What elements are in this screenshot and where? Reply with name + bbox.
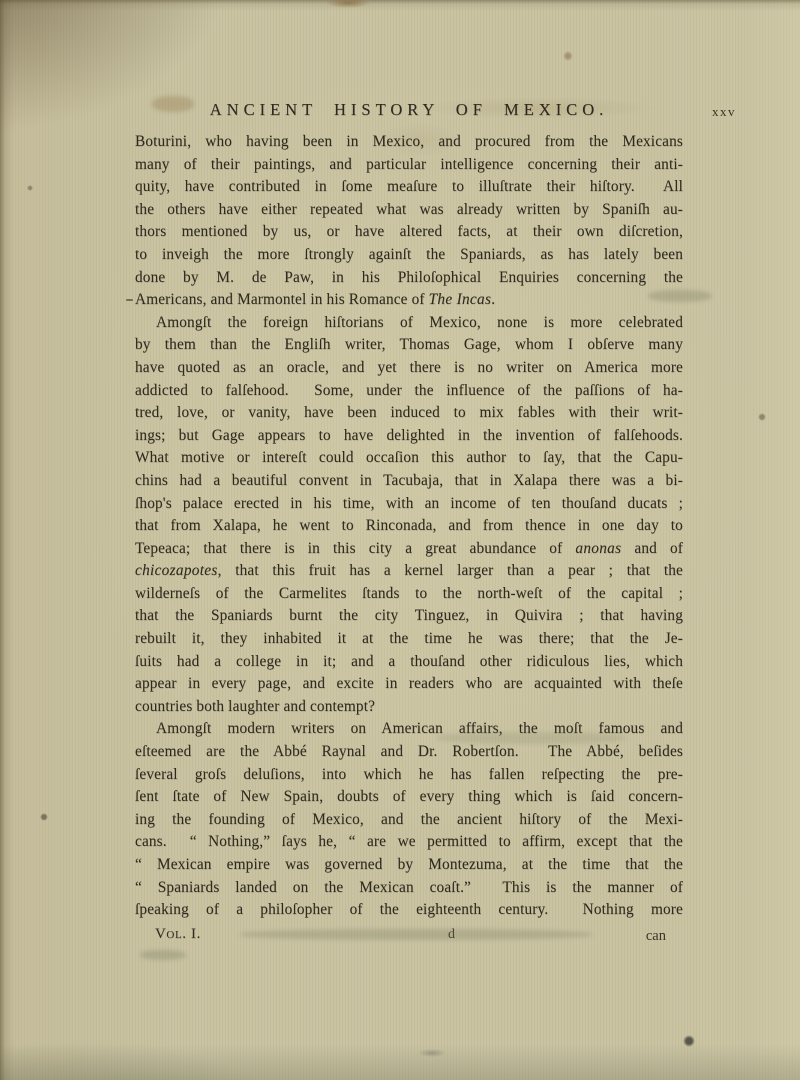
- text-line: the others have either repeated what was…: [135, 199, 683, 222]
- text-line: ing the founding of Mexico, and the anci…: [135, 809, 683, 832]
- text-line: that the Spaniards burnt the city Tingue…: [135, 605, 683, 628]
- body-text: Boturini, who having been in Mexico, and…: [135, 131, 683, 922]
- paragraph: Amongſt the foreign hiſtorians of Mexico…: [135, 312, 683, 719]
- text-line: cans. “ Nothing,” ſays he, “ are we perm…: [135, 831, 683, 854]
- text-line: rebuilt it, they inhabited it at the tim…: [135, 628, 683, 651]
- text-line: that from Xalapa, he went to Rinconada, …: [135, 515, 683, 538]
- ink-artifact: [126, 299, 133, 301]
- text-line: ſeveral groſs deluſions, into which he h…: [135, 764, 683, 787]
- text-line: chins had a beautiful convent in Tacubaj…: [135, 470, 683, 493]
- text-line: Amongſt the foreign hiſtorians of Mexico…: [135, 312, 683, 335]
- text-line: Americans, and Marmontel in his Romance …: [135, 289, 683, 312]
- footer-signature-mark: d: [448, 927, 455, 943]
- running-title: ANCIENT HISTORY OF MEXICO.: [210, 100, 608, 119]
- text-line: What motive or intereſt could occaſion t…: [135, 447, 683, 470]
- paragraph: Boturini, who having been in Mexico, and…: [135, 131, 683, 312]
- text-line: addicted to falſehood. Some, under the i…: [135, 380, 683, 403]
- text-line: quity, have contributed in ſome meaſure …: [135, 176, 683, 199]
- text-line: eſteemed are the Abbé Raynal and Dr. Rob…: [135, 741, 683, 764]
- page-number: xxv: [712, 104, 736, 120]
- footer-catchword: can: [600, 928, 666, 945]
- text-line: have quoted as an oracle, and yet there …: [135, 357, 683, 380]
- paragraph: Amongſt modern writers on American affai…: [135, 718, 683, 921]
- text-line: ings; but Gage appears to have delighted…: [135, 425, 683, 448]
- running-head: ANCIENT HISTORY OF MEXICO.: [135, 100, 683, 120]
- text-line: “ Mexican empire was governed by Montezu…: [135, 854, 683, 877]
- text-line: by them than the Engliſh writer, Thomas …: [135, 334, 683, 357]
- bleedthrough-artifact: [240, 929, 592, 940]
- text-line: to inveigh the more ſtrongly againſt the…: [135, 244, 683, 267]
- text-line: chicozapotes, that this fruit has a kern…: [135, 560, 683, 583]
- text-line: appear in every page, and excite in read…: [135, 673, 683, 696]
- text-line: ſpeaking of a philoſopher of the eightee…: [135, 899, 683, 922]
- text-line: “ Spaniards landed on the Mexican coaſt.…: [135, 877, 683, 900]
- text-line: countries both laughter and contempt?: [135, 696, 683, 719]
- text-line: Boturini, who having been in Mexico, and…: [135, 131, 683, 154]
- text-line: thors mentioned by us, or have altered f…: [135, 221, 683, 244]
- text-line: tred, love, or vanity, have been induced…: [135, 402, 683, 425]
- book-page: ANCIENT HISTORY OF MEXICO. xxv Boturini,…: [0, 0, 800, 1080]
- bleedthrough-artifact: [140, 950, 186, 960]
- text-line: Amongſt modern writers on American affai…: [135, 718, 683, 741]
- text-line: wilderneſs of the Carmelites ſtands to t…: [135, 583, 683, 606]
- footer-volume-label: Vol. I.: [155, 926, 201, 943]
- text-line: done by M. de Paw, in his Philoſophical …: [135, 267, 683, 290]
- text-line: ſhop's palace erected in his time, with …: [135, 493, 683, 516]
- text-line: ſuits had a college in it; and a thouſan…: [135, 651, 683, 674]
- text-line: many of their paintings, and particular …: [135, 154, 683, 177]
- text-line: Tepeaca; that there is in this city a gr…: [135, 538, 683, 561]
- text-line: ſent ſtate of New Spain, doubts of every…: [135, 786, 683, 809]
